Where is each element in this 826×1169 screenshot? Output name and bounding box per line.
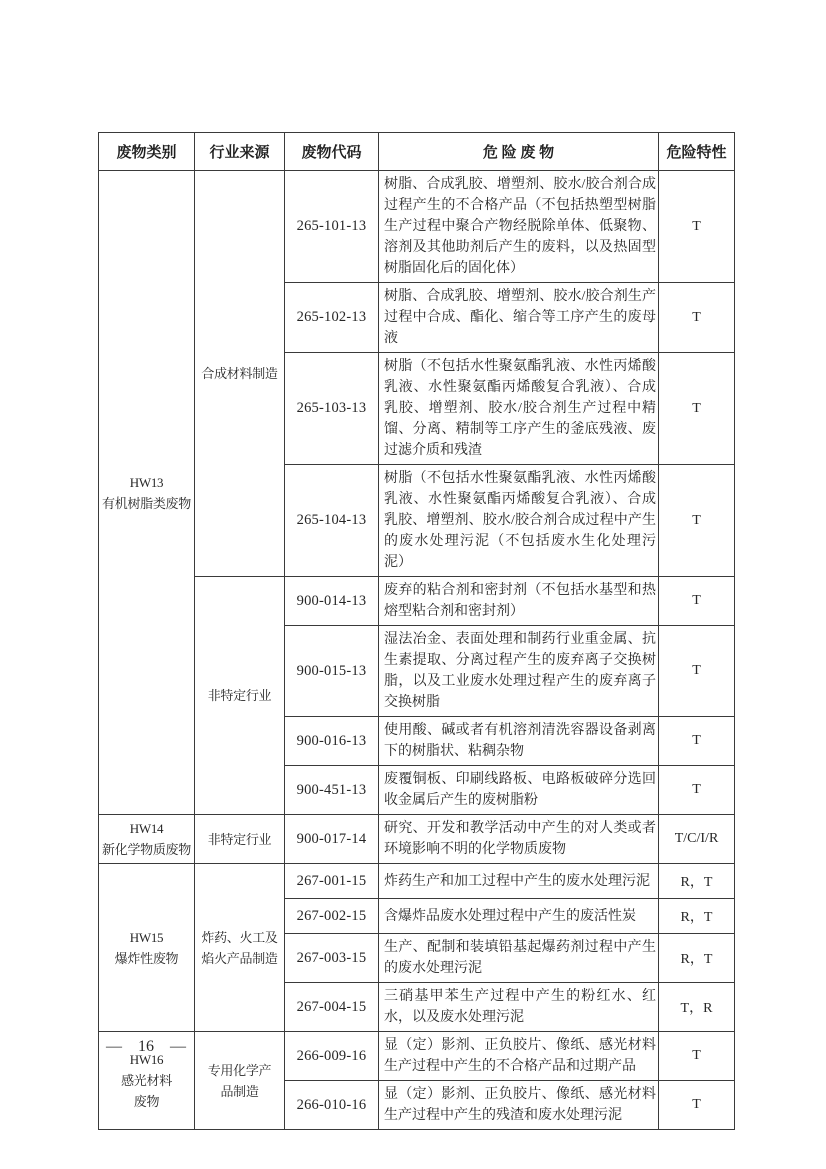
waste-code-cell: 265-103-13 bbox=[285, 353, 379, 465]
table-row: 非特定行业 900-014-13 废弃的粘合剂和密封剂（不包括水基型和热熔型粘合… bbox=[99, 577, 735, 626]
hazard-property-cell: T bbox=[659, 171, 735, 283]
table-row: HW15 爆炸性废物 炸药、火工及 焰火产品制造 267-001-15 炸药生产… bbox=[99, 864, 735, 899]
waste-description-cell: 使用酸、碱或者有机溶剂清洗容器设备剥离下的树脂状、粘稠杂物 bbox=[379, 717, 659, 766]
waste-code-cell: 900-014-13 bbox=[285, 577, 379, 626]
table-row: HW13 有机树脂类废物 合成材料制造 265-101-13 树脂、合成乳胶、增… bbox=[99, 171, 735, 283]
hazard-property-cell: T bbox=[659, 353, 735, 465]
scanned-document-page: 废物类别 行业来源 废物代码 危 险 废 物 危险特性 HW13 有机树脂类废物… bbox=[0, 0, 826, 1169]
hazard-property-cell: T bbox=[659, 465, 735, 577]
category-code: HW15 bbox=[100, 927, 193, 948]
industry-cell: 非特定行业 bbox=[195, 815, 285, 864]
waste-description-cell: 三硝基甲苯生产过程中产生的粉红水、红水，以及废水处理污泥 bbox=[379, 983, 659, 1032]
hazard-property-cell: R，T bbox=[659, 899, 735, 934]
industry-cell: 非特定行业 bbox=[195, 577, 285, 815]
waste-description-cell: 显（定）影剂、正负胶片、像纸、感光材料生产过程中产生的残渣和废水处理污泥 bbox=[379, 1081, 659, 1130]
waste-code-cell: 265-101-13 bbox=[285, 171, 379, 283]
waste-description-cell: 废覆铜板、印刷线路板、电路板破碎分选回收金属后产生的废树脂粉 bbox=[379, 766, 659, 815]
table-row: HW16 感光材料 废物 专用化学产 品制造 266-009-16 显（定）影剂… bbox=[99, 1032, 735, 1081]
industry-cell: 炸药、火工及 焰火产品制造 bbox=[195, 864, 285, 1032]
industry-name: 非特定行业 bbox=[196, 685, 283, 706]
category-name-line1: 感光材料 bbox=[100, 1070, 193, 1091]
category-name: 爆炸性废物 bbox=[100, 948, 193, 969]
hazard-property-cell: T bbox=[659, 766, 735, 815]
waste-code-cell: 267-002-15 bbox=[285, 899, 379, 934]
waste-description-cell: 湿法冶金、表面处理和制药行业重金属、抗生素提取、分离过程产生的废弃离子交换树脂，… bbox=[379, 626, 659, 717]
waste-code-cell: 266-010-16 bbox=[285, 1081, 379, 1130]
industry-cell: 专用化学产 品制造 bbox=[195, 1032, 285, 1130]
waste-description-cell: 显（定）影剂、正负胶片、像纸、感光材料生产过程中产生的不合格产品和过期产品 bbox=[379, 1032, 659, 1081]
hazard-property-cell: T bbox=[659, 1032, 735, 1081]
hazard-property-cell: T bbox=[659, 1081, 735, 1130]
waste-code-cell: 265-104-13 bbox=[285, 465, 379, 577]
waste-code-cell: 900-451-13 bbox=[285, 766, 379, 815]
hazard-property-cell: R，T bbox=[659, 934, 735, 983]
hazard-property-cell: T，R bbox=[659, 983, 735, 1032]
page-number: — 16 — bbox=[106, 1038, 186, 1056]
waste-description-cell: 含爆炸品废水处理过程中产生的废活性炭 bbox=[379, 899, 659, 934]
waste-code-cell: 900-015-13 bbox=[285, 626, 379, 717]
hazard-property-cell: T/C/I/R bbox=[659, 815, 735, 864]
waste-code-cell: 267-004-15 bbox=[285, 983, 379, 1032]
category-cell-hw13: HW13 有机树脂类废物 bbox=[99, 171, 195, 815]
waste-description-cell: 研究、开发和教学活动中产生的对人类或者环境影响不明的化学物质废物 bbox=[379, 815, 659, 864]
waste-code-cell: 900-017-14 bbox=[285, 815, 379, 864]
hazard-property-cell: T bbox=[659, 577, 735, 626]
waste-description-cell: 树脂（不包括水性聚氨酯乳液、水性丙烯酸乳液、水性聚氨酯丙烯酸复合乳液）、合成乳胶… bbox=[379, 353, 659, 465]
waste-code-cell: 267-003-15 bbox=[285, 934, 379, 983]
waste-code-cell: 900-016-13 bbox=[285, 717, 379, 766]
waste-code-cell: 266-009-16 bbox=[285, 1032, 379, 1081]
waste-description-cell: 炸药生产和加工过程中产生的废水处理污泥 bbox=[379, 864, 659, 899]
category-name-line2: 废物 bbox=[100, 1091, 193, 1112]
category-name: 有机树脂类废物 bbox=[100, 493, 193, 514]
column-header-hazardous-waste: 危 险 废 物 bbox=[379, 133, 659, 171]
waste-description-cell: 树脂、合成乳胶、增塑剂、胶水/胶合剂生产过程中合成、酯化、缩合等工序产生的废母液 bbox=[379, 283, 659, 353]
hazard-property-cell: R，T bbox=[659, 864, 735, 899]
hazardous-waste-table: 废物类别 行业来源 废物代码 危 险 废 物 危险特性 HW13 有机树脂类废物… bbox=[98, 132, 735, 1130]
table-header-row: 废物类别 行业来源 废物代码 危 险 废 物 危险特性 bbox=[99, 133, 735, 171]
industry-cell: 合成材料制造 bbox=[195, 171, 285, 577]
column-header-waste-code: 废物代码 bbox=[285, 133, 379, 171]
industry-name-line1: 专用化学产 bbox=[196, 1060, 283, 1081]
waste-description-cell: 树脂（不包括水性聚氨酯乳液、水性丙烯酸乳液、水性聚氨酯丙烯酸复合乳液）、合成乳胶… bbox=[379, 465, 659, 577]
hazard-property-cell: T bbox=[659, 283, 735, 353]
industry-name: 合成材料制造 bbox=[196, 363, 283, 384]
waste-description-cell: 废弃的粘合剂和密封剂（不包括水基型和热熔型粘合剂和密封剂） bbox=[379, 577, 659, 626]
industry-name-line1: 炸药、火工及 bbox=[196, 927, 283, 948]
industry-name-line2: 品制造 bbox=[196, 1081, 283, 1102]
waste-code-cell: 265-102-13 bbox=[285, 283, 379, 353]
category-name: 新化学物质废物 bbox=[100, 839, 193, 860]
table-row: HW14 新化学物质废物 非特定行业 900-017-14 研究、开发和教学活动… bbox=[99, 815, 735, 864]
category-code: HW14 bbox=[100, 818, 193, 839]
industry-name: 非特定行业 bbox=[196, 829, 283, 850]
waste-description-cell: 树脂、合成乳胶、增塑剂、胶水/胶合剂合成过程产生的不合格产品（不包括热塑型树脂生… bbox=[379, 171, 659, 283]
industry-name-line2: 焰火产品制造 bbox=[196, 948, 283, 969]
column-header-industry-source: 行业来源 bbox=[195, 133, 285, 171]
waste-code-cell: 267-001-15 bbox=[285, 864, 379, 899]
category-code: HW13 bbox=[100, 472, 193, 493]
column-header-waste-category: 废物类别 bbox=[99, 133, 195, 171]
category-cell-hw15: HW15 爆炸性废物 bbox=[99, 864, 195, 1032]
hazard-property-cell: T bbox=[659, 626, 735, 717]
waste-description-cell: 生产、配制和装填铅基起爆药剂过程中产生的废水处理污泥 bbox=[379, 934, 659, 983]
column-header-hazard-property: 危险特性 bbox=[659, 133, 735, 171]
category-cell-hw14: HW14 新化学物质废物 bbox=[99, 815, 195, 864]
hazard-property-cell: T bbox=[659, 717, 735, 766]
